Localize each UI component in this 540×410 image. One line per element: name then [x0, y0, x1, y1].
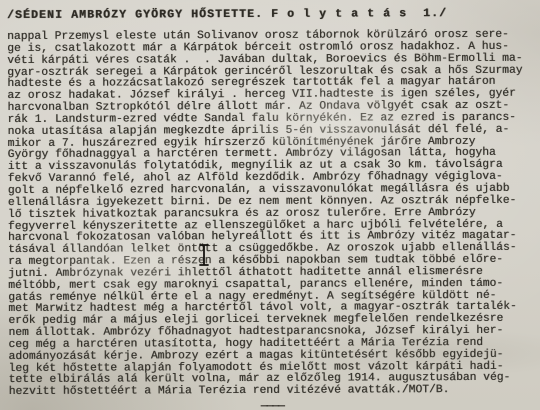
document-lines: nappal Przemysl eleste után Solivanov or…	[7, 30, 540, 399]
scanned-document-page: /SÉDENI AMBRÓZY GYÖRGY HŐSTETTE. F o l y…	[0, 0, 540, 410]
typed-end-rule: ————	[261, 398, 540, 410]
text-line: hezvitt hőstettéért a Mária Terézia rend…	[9, 385, 540, 399]
document-title: /SÉDENI AMBRÓZY GYÖRGY HŐSTETTE. F o l y…	[7, 7, 538, 22]
document-content: /SÉDENI AMBRÓZY GYÖRGY HŐSTETTE. F o l y…	[7, 3, 540, 410]
